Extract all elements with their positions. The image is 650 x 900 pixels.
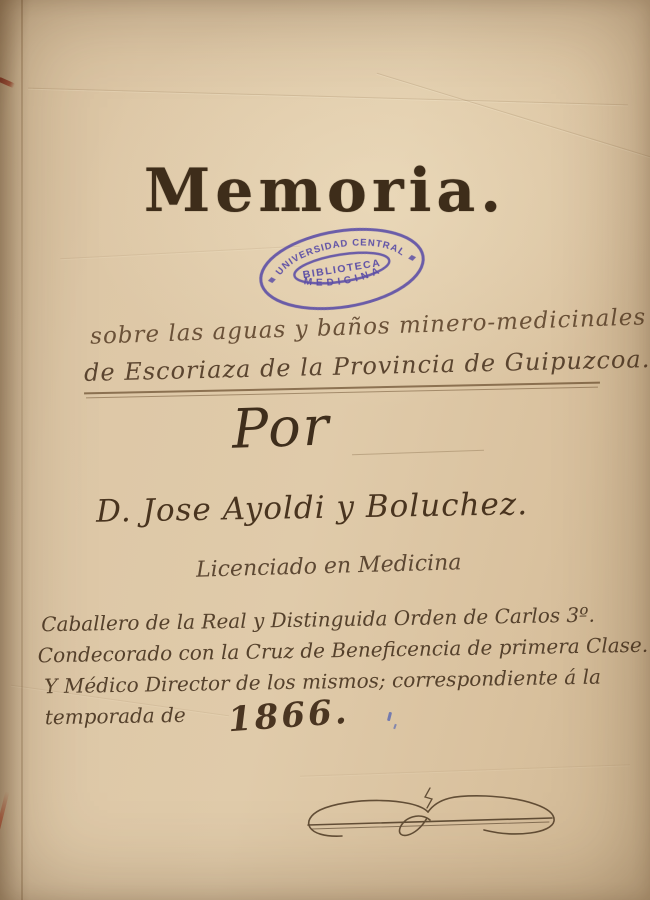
paper-crease bbox=[377, 73, 650, 165]
library-stamp: UNIVERSIDAD CENTRAL MEDICINA BIBLIOTECA bbox=[248, 213, 435, 325]
stamp-graphic: UNIVERSIDAD CENTRAL MEDICINA BIBLIOTECA bbox=[248, 213, 435, 325]
degree-line: Licenciado en Medicina bbox=[196, 550, 462, 582]
binding-shadow bbox=[0, 0, 30, 900]
manuscript-page: Memoria. UNIVERSIDAD CENTRAL MEDICINA BI… bbox=[0, 0, 650, 900]
fold-crease bbox=[21, 0, 23, 900]
flourish-graphic bbox=[294, 780, 568, 848]
signature-flourish bbox=[294, 780, 568, 848]
subtitle-line-2: de Escoriaza de la Provincia de Guipuzco… bbox=[84, 345, 650, 387]
paper-crease bbox=[28, 88, 628, 106]
page-title: Memoria. bbox=[0, 156, 650, 226]
byline-por: Por bbox=[231, 394, 332, 460]
stamp-diamond-right bbox=[408, 254, 417, 261]
stamp-diamond-left bbox=[267, 277, 276, 284]
paper-crease bbox=[300, 764, 630, 777]
season-year: 1866. bbox=[227, 692, 351, 740]
author-name: D. Jose Ayoldi y Boluchez. bbox=[96, 486, 529, 530]
pen-trail-line bbox=[352, 450, 484, 456]
subtitle-line-1: sobre las aguas y baños minero-medicinal… bbox=[90, 304, 647, 349]
